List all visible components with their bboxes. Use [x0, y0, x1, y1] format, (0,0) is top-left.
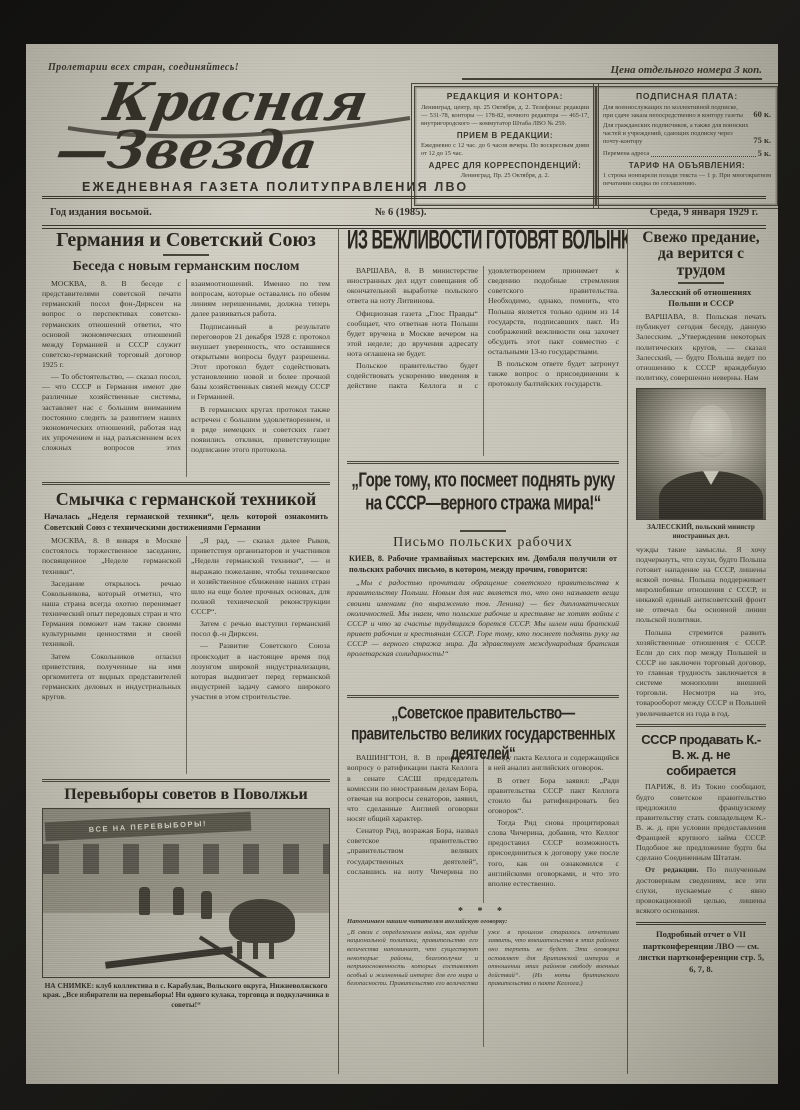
- reception-hours: Ежедневно с 12 час. до 6 часов вечера. П…: [421, 142, 589, 158]
- newspaper-scan: { "meta": { "publication": "Красная Звез…: [0, 0, 800, 1110]
- subscription-row-price: 75 к.: [753, 135, 771, 146]
- section-rule: [636, 724, 766, 727]
- newspaper-page: Пролетарии всех стран, соединяйтесь! Цен…: [26, 44, 778, 1084]
- headline-germany: Германия и Советский Союз: [42, 230, 330, 251]
- headline-sovprav: „Советское правительство—правительство в…: [347, 703, 619, 764]
- portrait-head: [690, 405, 732, 457]
- editorial-reply: От редакции. По полученным достоверным с…: [636, 865, 766, 916]
- issue-number: № 6 (1985).: [375, 207, 427, 218]
- paragraph: ВАШИНГТОН, 8. В прениях по вопросу о рат…: [347, 753, 478, 824]
- headline-smychka: Смычка с германской техникой: [42, 490, 330, 509]
- portrait-caption: ЗАЛЕССКИЙ, польский министр иностранных …: [636, 523, 766, 541]
- paragraph: В ответ Бора заявил: „Ради правительства…: [488, 776, 619, 817]
- headline-kvzd: СССР продавать К.-В. ж. д. не собирается: [636, 732, 766, 779]
- paragraph: Подписанный в результате переговоров 21 …: [191, 322, 330, 403]
- subscription-row-price: 5 к.: [758, 148, 771, 159]
- paragraph: Затем Сокольников огласил приветствия, п…: [42, 652, 181, 703]
- paragraph: Польша стремится развить хозяйственные о…: [636, 628, 766, 719]
- subscription-row-text: Для гражданских подписчиков, а также для…: [603, 122, 749, 146]
- lede-gore: КИЕВ, 8. Рабочие трамвайных мастерских и…: [349, 554, 617, 575]
- subscription-row: Для военнослужащих по коллективной подпи…: [603, 104, 771, 120]
- headline-underline: [460, 530, 506, 532]
- paragraph: В польском ответе будет затронут также в…: [488, 359, 619, 389]
- correspondence-title: АДРЕС ДЛЯ КОРРЕСПОНДЕНЦИЙ:: [421, 161, 589, 171]
- photo-person: [173, 887, 184, 915]
- masthead-word-2: —Звезда: [51, 120, 321, 178]
- column-right: Свежо предание, да верится с трудом Зале…: [628, 228, 766, 1074]
- photo-portrait-zalessky: [636, 388, 766, 520]
- masthead-logo: Красная —Звезда: [40, 74, 432, 178]
- subscription-row: Для гражданских подписчиков, а также для…: [603, 122, 771, 146]
- headline-underline: [163, 254, 209, 256]
- column-left: Германия и Советский Союз Беседа с новым…: [42, 228, 339, 1074]
- paragraph: В германских кругах протокол также встре…: [191, 405, 330, 456]
- correspondence-address: Ленинград, Пр. 25 Октября, д. 2.: [421, 172, 589, 180]
- article-body-germany: МОСКВА, 8. В беседе с представителями со…: [42, 279, 330, 477]
- ad-tariff-text: 1 строка нонпарели позади текста — 1 р. …: [603, 172, 771, 188]
- page-content: Германия и Советский Союз Беседа с новым…: [42, 228, 766, 1074]
- edition-year: Год издания восьмой.: [50, 207, 152, 218]
- reception-title: ПРИЕМ В РЕДАКЦИИ:: [421, 131, 589, 141]
- article-body-volynka: ВАРШАВА, 8. В министерстве иностранных д…: [347, 266, 619, 456]
- headline-gore: „Горе тому, кто посмеет поднять руку на …: [347, 469, 619, 516]
- subscription-row-text: Перемена адреса: [603, 150, 649, 158]
- subscription-box-title: ПОДПИСНАЯ ПЛАТА:: [603, 91, 771, 102]
- photo-caption: НА СНИМКЕ: клуб коллектива в с. Карабула…: [42, 981, 330, 1009]
- article-body-svezho-1: ВАРШАВА, 8. Польская печать публикует се…: [636, 312, 766, 383]
- photo-person: [139, 887, 150, 915]
- ad-tariff-title: ТАРИФ НА ОБЪЯВЛЕНИЯ:: [603, 161, 771, 171]
- section-rule: [42, 779, 330, 782]
- section-rule: [347, 461, 619, 464]
- section-rule: [347, 695, 619, 698]
- lede-smychka: Началась „Неделя германской техники“, це…: [44, 512, 328, 533]
- paragraph: Официозная газета „Глос Правды“ сообщает…: [347, 309, 478, 360]
- photo-horse: [229, 899, 295, 943]
- paragraph: чужды такие замыслы. Я хочу подчеркнуть,…: [636, 545, 766, 626]
- dotted-leader: [651, 156, 755, 157]
- section-rule: [42, 482, 330, 485]
- article-body-kvzd: ПАРИЖ, 8. Из Токио сообщают, будто совет…: [636, 782, 766, 916]
- photo-windows: [43, 844, 329, 873]
- headline-perevybory: Перевыборы советов в Поволжьи: [42, 787, 330, 804]
- subscription-box: ПОДПИСНАЯ ПЛАТА: Для военнослужащих по к…: [596, 86, 778, 206]
- paragraph: ВАРШАВА, 8. В министерстве иностранных д…: [347, 266, 478, 307]
- article-body-sovprav: ВАШИНГТОН, 8. В прениях по вопросу о рат…: [347, 753, 619, 903]
- subhead-germany: Беседа с новым германским послом: [42, 259, 330, 275]
- editorial-address: Ленинград, центр, пр. 25 Октября, д. 2. …: [421, 104, 589, 128]
- paragraph: „В связи с определением войны, как оруди…: [347, 929, 619, 989]
- headline-svezho: Свежо предание, да верится с трудом: [636, 230, 766, 279]
- note-text: „В связи с определением войны, как оруди…: [347, 929, 619, 1047]
- article-body-smychka: МОСКВА, 8. 8 января в Москве состоялось …: [42, 536, 330, 774]
- photo-street-scene: ВСЕ НА ПЕРЕВЫБОРЫ!: [42, 808, 330, 978]
- photo-person: [201, 891, 212, 919]
- paragraph: ВАРШАВА, 8. Польская печать публикует се…: [636, 312, 766, 383]
- paragraph: ПАРИЖ, 8. Из Токио сообщают, будто совет…: [636, 782, 766, 863]
- column-middle: ИЗ ВЕЖЛИВОСТИ ГОТОВЯТ ВОЛЫНКУ ВАРШАВА, 8…: [339, 228, 628, 1074]
- paragraph: МОСКВА, 8. 8 января в Москве состоялось …: [42, 536, 181, 577]
- letter-text: „Мы с радостью прочитали обращение совет…: [347, 578, 619, 690]
- issue-date: Среда, 9 января 1929 г.: [650, 207, 758, 218]
- article-body-svezho-2: чужды такие замыслы. Я хочу подчеркнуть,…: [636, 545, 766, 719]
- masthead-subtitle: ЕЖЕДНЕВНАЯ ГАЗЕТА ПОЛИТУПРАВЛЕНИЯ ЛВО: [82, 180, 468, 194]
- subhead-svezho: Залесский об отношениях Польши и СССР: [636, 287, 766, 309]
- paragraph: Тогда Рид снова процитировал слова Чичер…: [488, 818, 619, 889]
- subscription-row: Перемена адреса 5 к.: [603, 148, 771, 159]
- asterisk-divider: * * *: [347, 906, 619, 917]
- price-note: Цена отдельного номера 3 коп.: [462, 64, 762, 80]
- subscription-row-price: 60 к.: [753, 109, 771, 120]
- footer-announcement: Подробный отчет о VII партконференции ЛВ…: [636, 922, 766, 975]
- paragraph: „Я рад, — сказал далее Рыков, приветству…: [191, 536, 330, 617]
- editorial-box-title: РЕДАКЦИЯ И КОНТОРА:: [421, 91, 589, 102]
- editorial-office-box: РЕДАКЦИЯ И КОНТОРА: Ленинград, центр, пр…: [414, 86, 596, 206]
- slogan: Пролетарии всех стран, соединяйтесь!: [48, 62, 239, 73]
- note-intro: Напоминаем нашим читателям английскую ог…: [347, 918, 619, 927]
- subscription-row-text: Для военнослужащих по коллективной подпи…: [603, 104, 749, 120]
- editorial-label: От редакции.: [645, 865, 699, 874]
- headline-underline: [678, 282, 724, 284]
- subhead-gore: Письмо польских рабочих: [347, 535, 619, 551]
- photo-sledge: [105, 946, 233, 969]
- headline-volynka: ИЗ ВЕЖЛИВОСТИ ГОТОВЯТ ВОЛЫНКУ: [347, 228, 619, 255]
- paragraph: „Мы с радостью прочитали обращение совет…: [347, 578, 619, 659]
- paragraph: Затем с речью выступил германский посол …: [191, 619, 330, 639]
- paragraph: — Развитие Советского Союза происходит в…: [191, 641, 330, 702]
- paragraph: Заседание открылось речью Сокольникова, …: [42, 579, 181, 650]
- dateline: Год издания восьмой. № 6 (1985). Среда, …: [42, 196, 766, 229]
- paragraph: МОСКВА, 8. В беседе с представителями со…: [42, 279, 181, 370]
